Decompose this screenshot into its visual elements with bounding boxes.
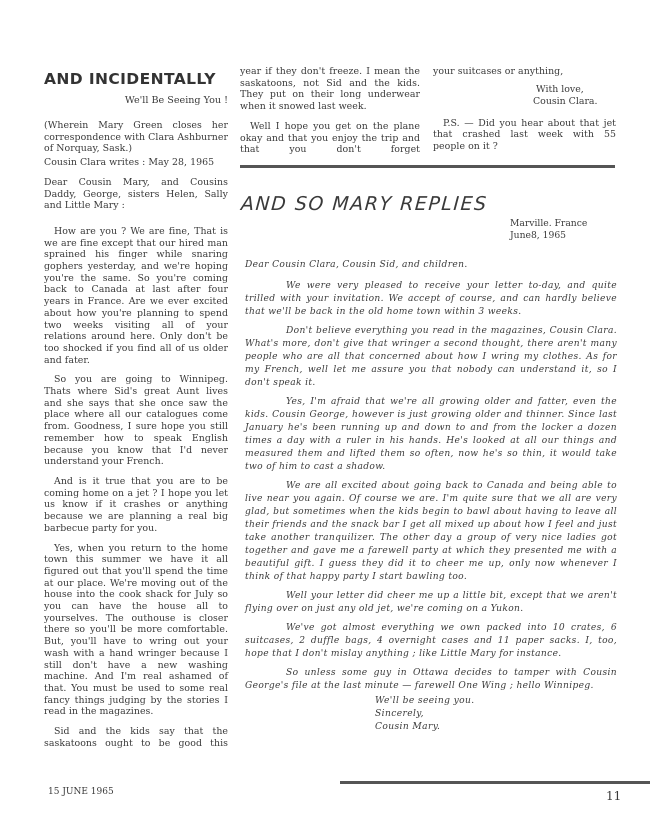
page-number: 11 bbox=[606, 789, 621, 803]
article2-paragraph: We've got almost everything we own packe… bbox=[245, 622, 617, 661]
article1-subtitle: We'll Be Seeing You ! bbox=[44, 95, 228, 107]
closing-signature: Cousin Mary. bbox=[375, 721, 617, 734]
article1-paragraph: Well I hope you get on the plane okay an… bbox=[240, 121, 420, 156]
article2-date: June8, 1965 bbox=[510, 230, 587, 242]
article1-title: AND INCIDENTALLY bbox=[44, 70, 228, 88]
article1-paragraph: And is it true that you are to be coming… bbox=[44, 476, 228, 535]
article2-dateline: Marville. France June8, 1965 bbox=[510, 218, 587, 242]
footer-rule-divider bbox=[340, 781, 650, 784]
closing-line: Sincerely, bbox=[375, 708, 617, 721]
closing-line: We'll be seeing you. bbox=[375, 695, 617, 708]
article1-postscript: P.S. — Did you hear about that jet that … bbox=[433, 118, 616, 153]
horizontal-rule-divider bbox=[240, 165, 615, 168]
article2-paragraph: So unless some guy in Ottawa decides to … bbox=[245, 667, 617, 693]
article2-salutation: Dear Cousin Clara, Cousin Sid, and child… bbox=[245, 259, 617, 272]
article1-column-1: AND INCIDENTALLY We'll Be Seeing You ! (… bbox=[44, 66, 228, 757]
article1-column-3: your suitcases or anything, With love, C… bbox=[433, 66, 616, 161]
article2-paragraph: Don't believe everything you read in the… bbox=[245, 325, 617, 390]
signoff-name: Cousin Clara. bbox=[533, 96, 616, 108]
article2-paragraph: Yes, I'm afraid that we're all growing o… bbox=[245, 396, 617, 474]
article2-place: Marville. France bbox=[510, 218, 587, 230]
article1-paragraph-end: your suitcases or anything, bbox=[433, 66, 616, 78]
article2-closing: We'll be seeing you. Sincerely, Cousin M… bbox=[375, 695, 617, 734]
article2-letter-body: Dear Cousin Clara, Cousin Sid, and child… bbox=[245, 259, 617, 734]
article1-signoff: With love, Cousin Clara. bbox=[533, 84, 616, 108]
article1-intro: (Wherein Mary Green closes her correspon… bbox=[44, 120, 228, 155]
article2-title: AND SO MARY REPLIES bbox=[240, 193, 488, 215]
article2-paragraph: We are all excited about going back to C… bbox=[245, 480, 617, 584]
footer-issue-date: 15 JUNE 1965 bbox=[48, 787, 114, 797]
article2-paragraph: Well your letter did cheer me up a littl… bbox=[245, 590, 617, 616]
article2-paragraph: We were very pleased to receive your let… bbox=[245, 280, 617, 319]
article1-paragraph: How are you ? We are fine, That is we ar… bbox=[44, 226, 228, 366]
article1-column-2: year if they don't freeze. I mean the sa… bbox=[240, 66, 420, 164]
article1-dateline: Cousin Clara writes : May 28, 1965 bbox=[44, 157, 228, 169]
article1-paragraph: So you are going to Winnipeg. Thats wher… bbox=[44, 374, 228, 468]
article1-paragraph: Yes, when you return to the home town th… bbox=[44, 543, 228, 719]
article1-salutation: Dear Cousin Mary, and Cousins Daddy, Geo… bbox=[44, 177, 228, 212]
signoff-line: With love, bbox=[533, 84, 616, 96]
article1-paragraph: Sid and the kids say that the saskatoons… bbox=[44, 726, 228, 749]
article1-paragraph: year if they don't freeze. I mean the sa… bbox=[240, 66, 420, 113]
